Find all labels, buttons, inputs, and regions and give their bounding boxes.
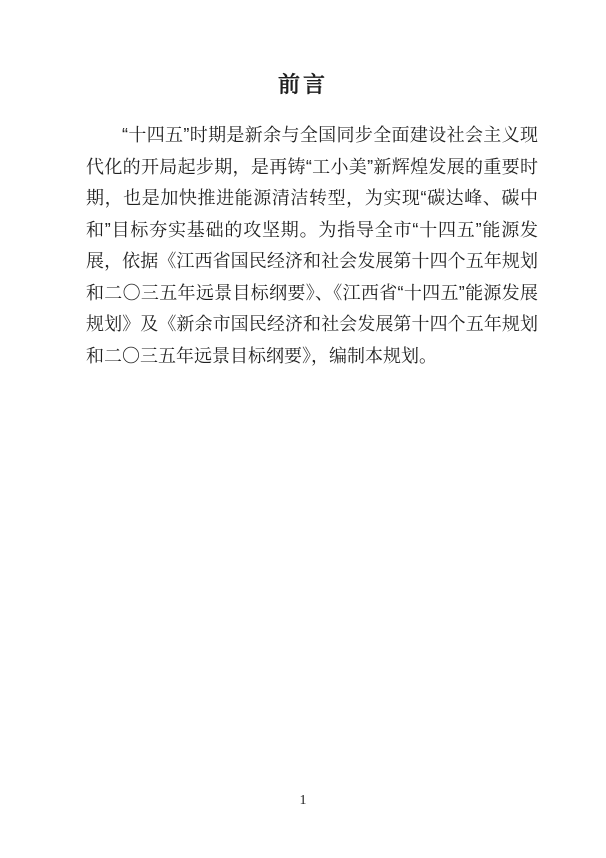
preface-paragraph: “十四五”时期是新余与全国同步全面建设社会主义现代化的开局起步期，是再铸“工小美… xyxy=(86,120,538,372)
page-number: 1 xyxy=(0,793,606,809)
document-page: 前言 “十四五”时期是新余与全国同步全面建设社会主义现代化的开局起步期，是再铸“… xyxy=(0,0,606,858)
page-title: 前言 xyxy=(0,68,606,99)
